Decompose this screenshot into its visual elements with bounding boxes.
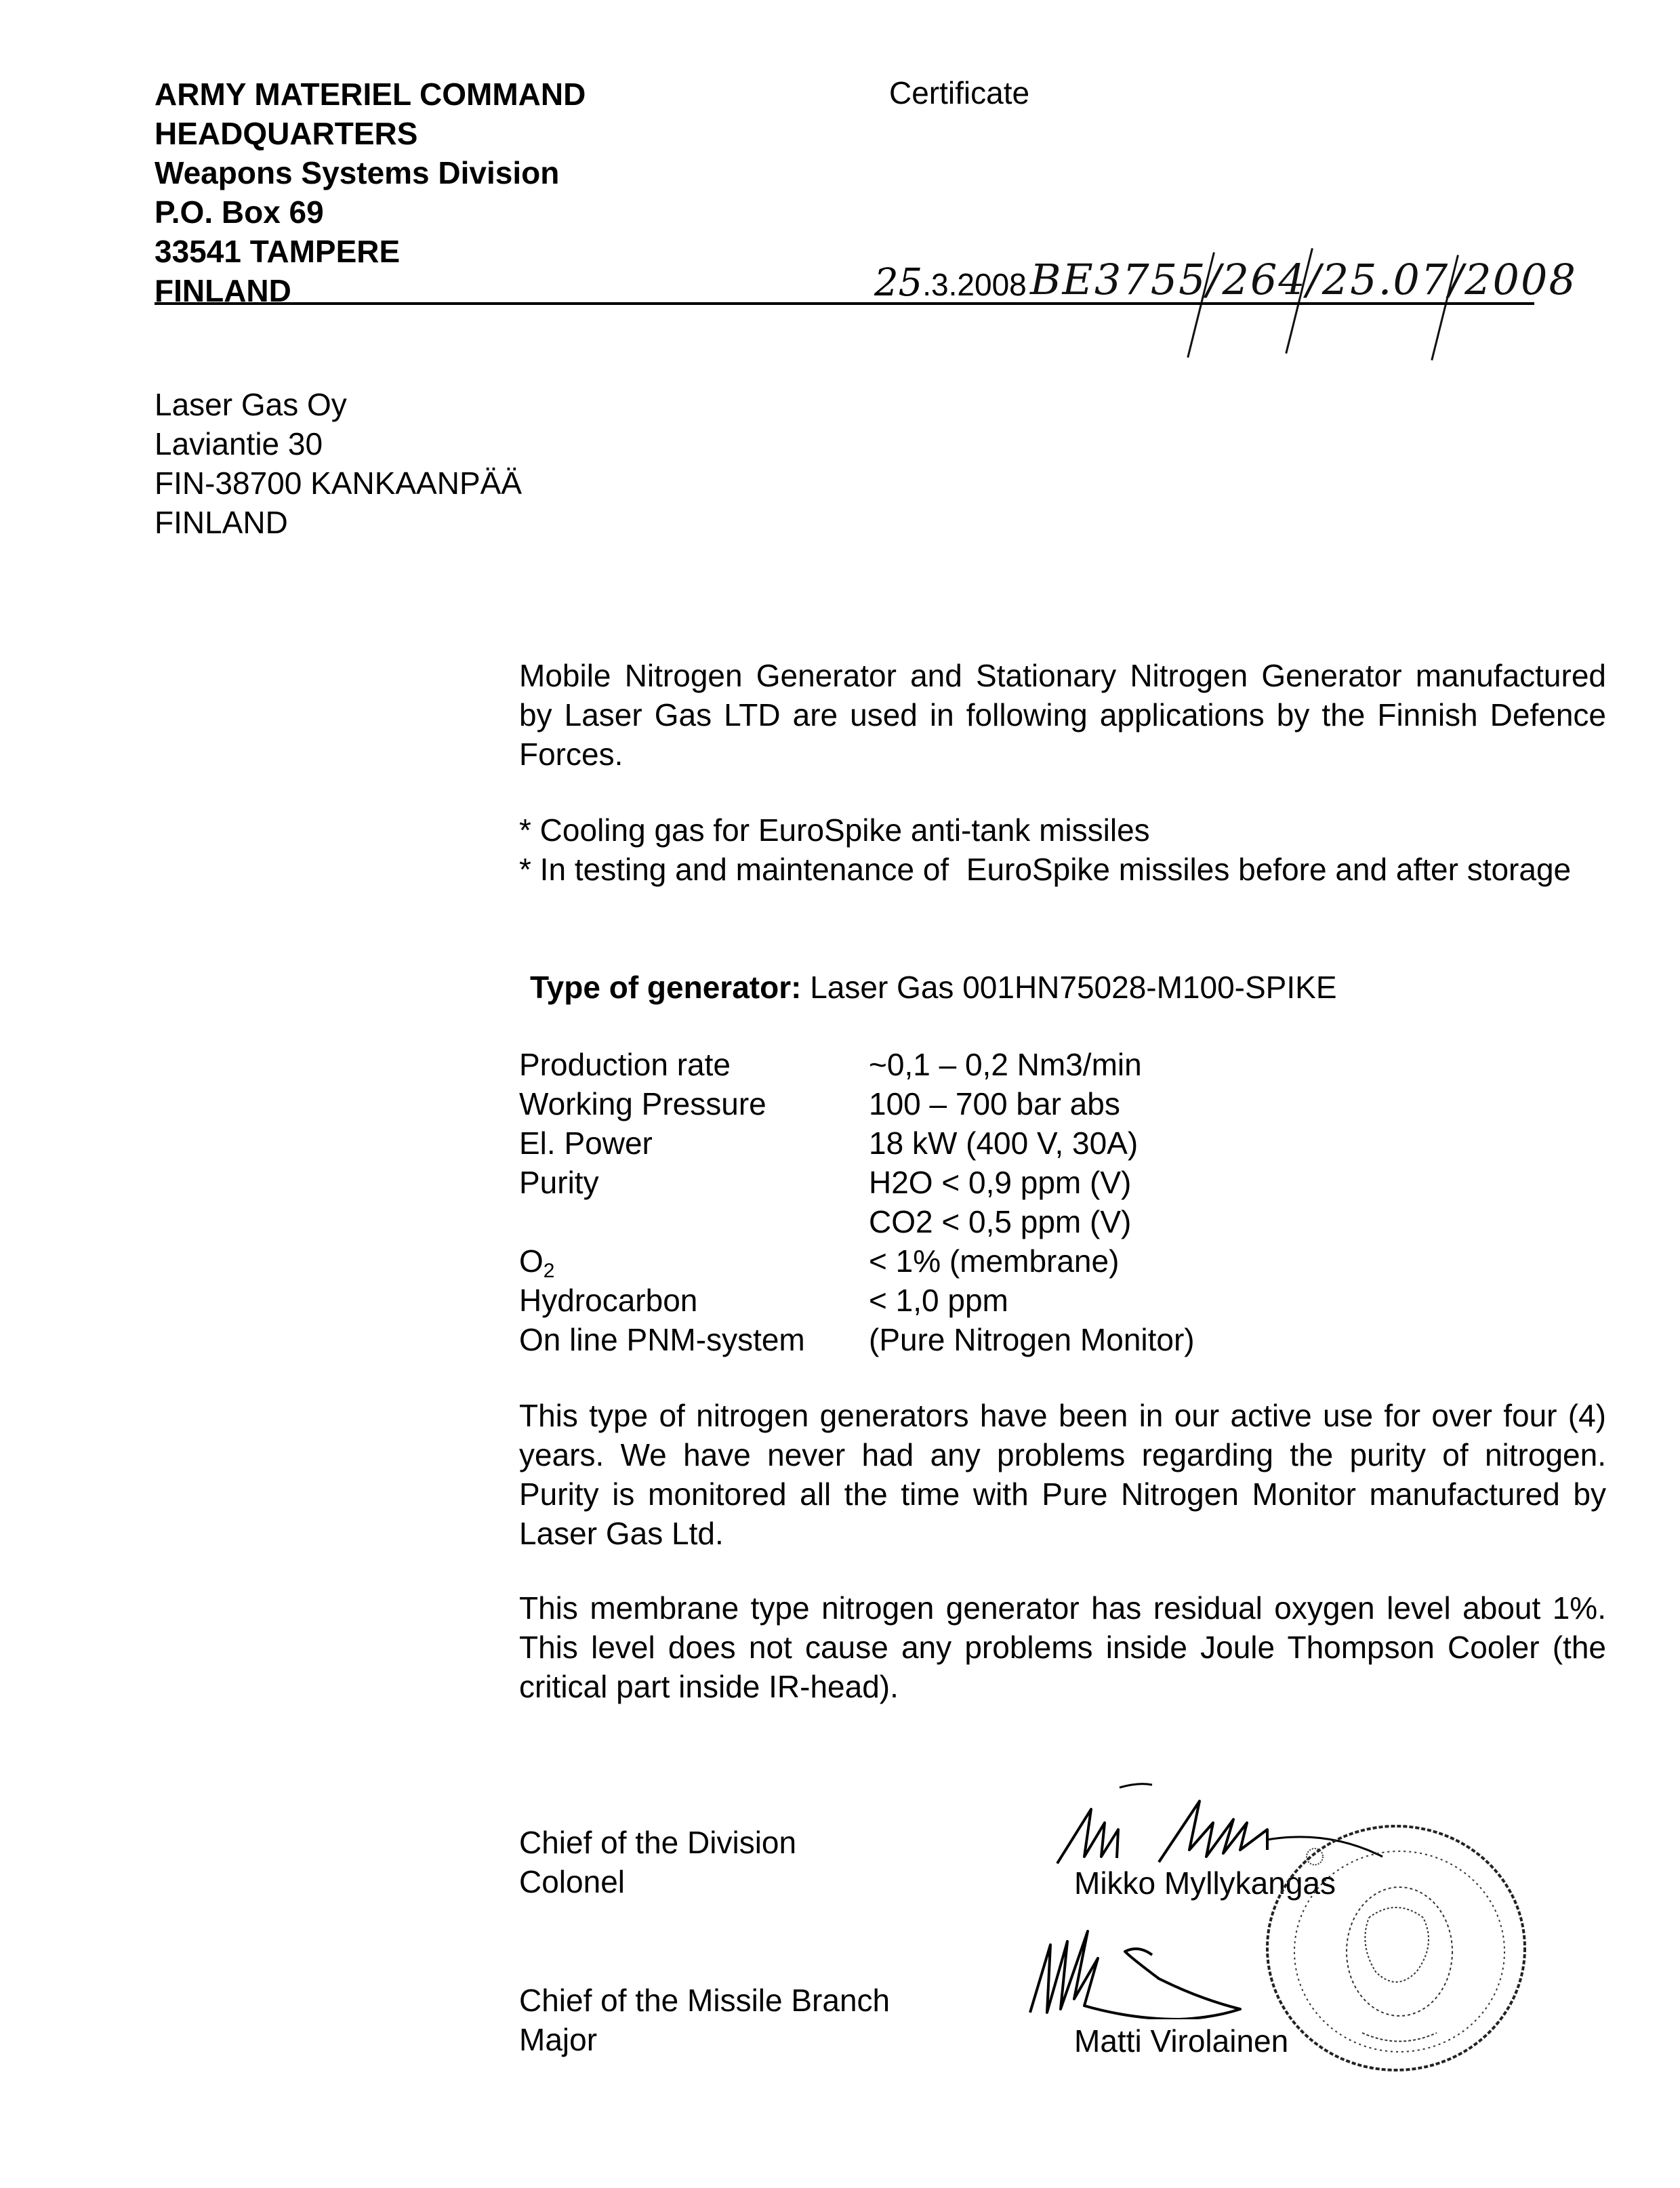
spec-label: Working Pressure — [519, 1084, 869, 1123]
membrane-paragraph: This membrane type nitrogen generator ha… — [519, 1588, 1606, 1706]
spec-row: On line PNM-system (Pure Nitrogen Monito… — [519, 1320, 1195, 1359]
usage-paragraph: This type of nitrogen generators have be… — [519, 1396, 1606, 1553]
sender-line: Weapons Systems Division — [155, 153, 586, 192]
signer-title: Chief of the Division — [519, 1823, 796, 1862]
spec-label: Production rate — [519, 1045, 869, 1084]
spec-row: El. Power 18 kW (400 V, 30A) — [519, 1123, 1195, 1163]
spec-label: Purity — [519, 1163, 869, 1202]
document-date: 25.3.2008 — [874, 264, 1027, 304]
printed-date: .3.2008 — [922, 267, 1026, 302]
document-title: Certificate — [889, 73, 1029, 112]
sender-line: HEADQUARTERS — [155, 114, 586, 153]
recipient-address: Laser Gas Oy Laviantie 30 FIN-38700 KANK… — [155, 385, 522, 542]
spec-label: On line PNM-system — [519, 1320, 869, 1359]
recipient-line: FIN-38700 KANKAANPÄÄ — [155, 463, 522, 503]
signer-rank: Major — [519, 2020, 890, 2059]
list-item: * In testing and maintenance of EuroSpik… — [519, 850, 1606, 889]
spec-label: El. Power — [519, 1123, 869, 1163]
signer-name: Matti Virolainen — [1074, 2021, 1288, 2061]
handwritten-day: 25 — [874, 261, 922, 305]
signer-title: Chief of the Missile Branch — [519, 1981, 890, 2020]
spec-row: O2 < 1% (membrane) — [519, 1241, 1195, 1281]
generator-type-label: Type of generator: — [530, 970, 801, 1005]
spec-value: ~0,1 – 0,2 Nm3/min — [869, 1045, 1142, 1084]
spec-row: Working Pressure 100 – 700 bar abs — [519, 1084, 1195, 1123]
applications-list: * Cooling gas for EuroSpike anti-tank mi… — [519, 810, 1606, 889]
spec-value: CO2 < 0,5 ppm (V) — [869, 1202, 1131, 1241]
signature-block-division: Chief of the Division Colonel — [519, 1823, 796, 1901]
spec-label — [519, 1202, 869, 1241]
recipient-line: Laviantie 30 — [155, 424, 522, 463]
spec-value: (Pure Nitrogen Monitor) — [869, 1320, 1195, 1359]
spec-value: < 1% (membrane) — [869, 1241, 1119, 1281]
spec-label: Hydrocarbon — [519, 1281, 869, 1320]
spec-value: 100 – 700 bar abs — [869, 1084, 1120, 1123]
spec-label-subscript: 2 — [544, 1260, 555, 1282]
intro-paragraph: Mobile Nitrogen Generator and Stationary… — [519, 656, 1606, 774]
recipient-line: FINLAND — [155, 503, 522, 542]
spec-value: 18 kW (400 V, 30A) — [869, 1123, 1138, 1163]
spec-label: O2 — [519, 1241, 869, 1281]
sender-line: 33541 TAMPERE — [155, 232, 586, 271]
sender-address: ARMY MATERIEL COMMAND HEADQUARTERS Weapo… — [155, 75, 586, 310]
spec-row: CO2 < 0,5 ppm (V) — [519, 1202, 1195, 1241]
spec-row: Purity H2O < 0,9 ppm (V) — [519, 1163, 1195, 1202]
sender-line: P.O. Box 69 — [155, 192, 586, 232]
spec-row: Production rate ~0,1 – 0,2 Nm3/min — [519, 1045, 1195, 1084]
generator-type: Type of generator: Laser Gas 001HN75028-… — [530, 968, 1617, 1007]
spec-value: H2O < 0,9 ppm (V) — [869, 1163, 1131, 1202]
header-divider — [155, 302, 1534, 305]
signature-block-missile-branch: Chief of the Missile Branch Major — [519, 1981, 890, 2059]
generator-type-value: Laser Gas 001HN75028-M100-SPIKE — [801, 970, 1336, 1005]
spec-label-text: O — [519, 1243, 544, 1279]
specifications-table: Production rate ~0,1 – 0,2 Nm3/min Worki… — [519, 1045, 1195, 1359]
sender-line: ARMY MATERIEL COMMAND — [155, 75, 586, 114]
signer-rank: Colonel — [519, 1862, 796, 1901]
spec-row: Hydrocarbon < 1,0 ppm — [519, 1281, 1195, 1320]
official-seal-icon — [1261, 1816, 1532, 2073]
recipient-line: Laser Gas Oy — [155, 385, 522, 424]
spec-value: < 1,0 ppm — [869, 1281, 1008, 1320]
list-item: * Cooling gas for EuroSpike anti-tank mi… — [519, 810, 1606, 850]
